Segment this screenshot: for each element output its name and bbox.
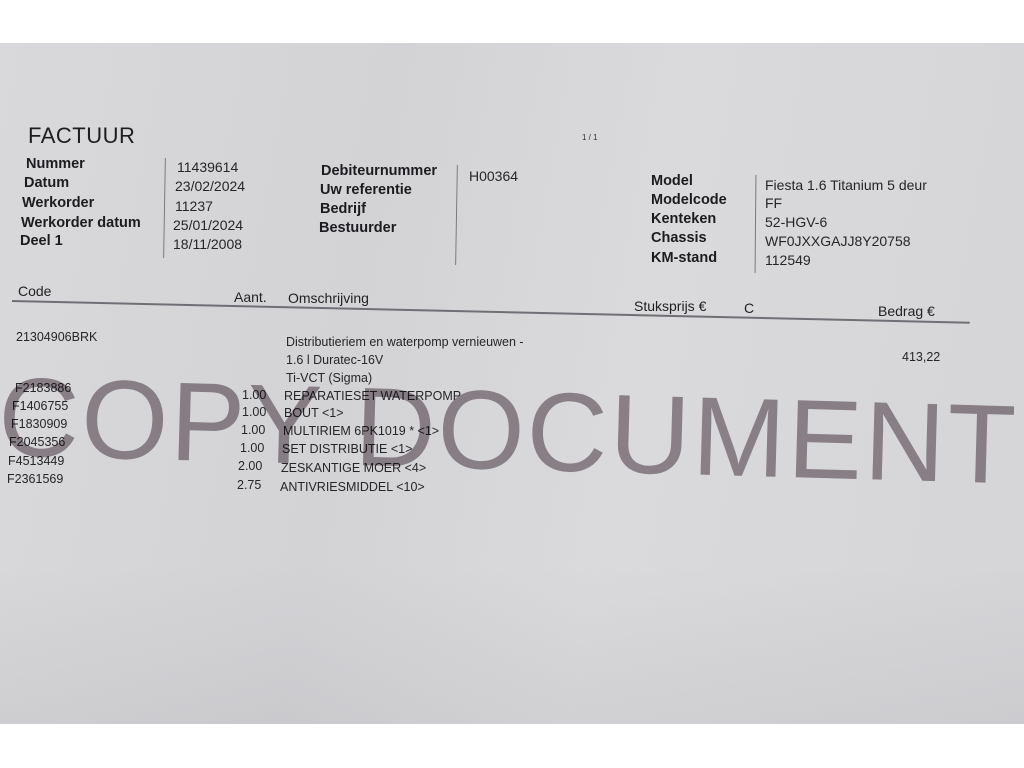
value-kenteken: 52-HGV-6 — [765, 214, 827, 230]
header-qty: Aant. — [234, 289, 267, 305]
label-modelcode: Modelcode — [651, 192, 727, 208]
value-werkorder-datum: 25/01/2024 — [173, 217, 243, 233]
label-debiteurnummer: Debiteurnummer — [321, 163, 437, 179]
label-bedrijf: Bedrijf — [320, 201, 366, 217]
divider — [755, 175, 757, 273]
part-description: BOUT <1> — [284, 406, 344, 420]
divider — [163, 158, 166, 258]
label-deel: Deel 1 — [20, 233, 63, 249]
label-uw-referentie: Uw referentie — [320, 182, 412, 198]
page-indicator: 1 / 1 — [582, 133, 598, 142]
header-description: Omschrijving — [288, 290, 369, 306]
value-debiteurnummer: H00364 — [469, 168, 518, 184]
document-title: FACTUUR — [28, 123, 135, 149]
part-code: F1830909 — [11, 417, 67, 431]
label-werkorder-datum: Werkorder datum — [21, 215, 141, 231]
part-description: ANTIVRIESMIDDEL <10> — [280, 480, 425, 494]
label-bestuurder: Bestuurder — [319, 220, 396, 236]
label-model: Model — [651, 173, 693, 189]
value-datum: 23/02/2024 — [175, 178, 245, 194]
part-code: F1406755 — [12, 399, 68, 413]
part-code: F2183886 — [15, 381, 71, 395]
header-divider — [12, 300, 970, 323]
header-amount: Bedrag € — [878, 303, 935, 319]
paper-shadow — [0, 564, 1024, 724]
value-chassis: WF0JXXGAJJ8Y20758 — [765, 233, 911, 249]
invoice-paper: FACTUUR 1 / 1 Nummer Datum Werkorder Wer… — [0, 43, 1024, 724]
header-c: C — [744, 300, 754, 316]
value-model: Fiesta 1.6 Titanium 5 deur — [765, 177, 927, 193]
label-chassis: Chassis — [651, 230, 707, 246]
value-km-stand: 112549 — [765, 252, 811, 268]
job-description-line: Distributieriem en waterpomp vernieuwen … — [286, 335, 524, 349]
part-qty: 1.00 — [241, 423, 265, 437]
part-qty: 1.00 — [242, 405, 266, 419]
label-km-stand: KM-stand — [651, 250, 717, 266]
job-amount: 413,22 — [902, 350, 940, 364]
part-qty: 1.00 — [242, 388, 266, 402]
header-unit-price: Stuksprijs € — [634, 298, 706, 314]
label-datum: Datum — [24, 175, 69, 191]
part-qty: 2.75 — [237, 478, 261, 492]
label-werkorder: Werkorder — [22, 195, 94, 211]
part-code: F2045356 — [9, 435, 65, 449]
part-description: REPARATIESET WATERPOMP — [284, 389, 461, 403]
part-qty: 2.00 — [238, 459, 262, 473]
part-code: F4513449 — [8, 454, 64, 468]
value-modelcode: FF — [765, 195, 782, 211]
job-description-line: Ti-VCT (Sigma) — [286, 371, 372, 385]
part-description: MULTIRIEM 6PK1019 * <1> — [283, 424, 439, 438]
copy-document-watermark: COPY DOCUMENT — [0, 361, 1019, 501]
value-deel: 18/11/2008 — [173, 236, 242, 252]
header-code: Code — [18, 283, 51, 299]
part-description: SET DISTRIBUTIE <1> — [282, 442, 412, 456]
job-description-line: 1.6 l Duratec-16V — [286, 353, 383, 367]
value-werkorder: 11237 — [175, 198, 213, 214]
part-qty: 1.00 — [240, 441, 264, 455]
value-nummer: 11439614 — [177, 159, 238, 175]
label-kenteken: Kenteken — [651, 211, 716, 227]
label-nummer: Nummer — [26, 156, 85, 172]
part-description: ZESKANTIGE MOER <4> — [281, 461, 426, 475]
divider — [455, 165, 458, 265]
job-code: 21304906BRK — [16, 330, 97, 344]
part-code: F2361569 — [7, 472, 63, 486]
